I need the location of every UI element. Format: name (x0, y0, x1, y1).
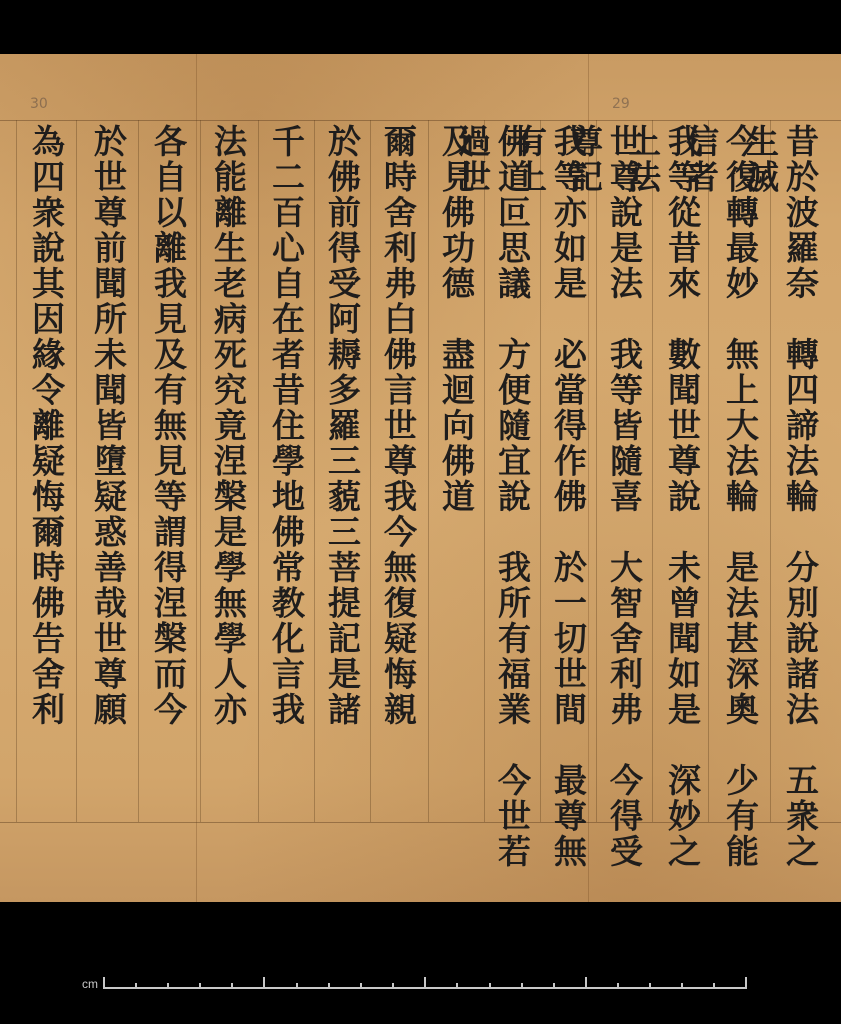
page-marker-left: 30 (30, 96, 48, 112)
text-column-11: 法能離生老病死究竟涅槃是學無學人亦 (208, 124, 248, 728)
text-column-6: 佛道叵思議 方便隨宜說 我所有福業 今世若過世 (492, 124, 532, 902)
scale-tick-major (745, 977, 747, 989)
column-rule (540, 120, 541, 822)
column-rule (258, 120, 259, 822)
scale-unit-label: cm (82, 977, 98, 991)
scale-bar (103, 977, 747, 989)
scale-tick (617, 983, 619, 989)
column-rule (708, 120, 709, 822)
column-rule (770, 120, 771, 822)
column-rule (16, 120, 17, 822)
scale-tick-major (585, 977, 587, 989)
column-rule (200, 120, 201, 822)
scale-tick (135, 983, 137, 989)
scale-tick (167, 983, 169, 989)
scale-tick (521, 983, 523, 989)
paper-seam (196, 54, 197, 902)
text-column-5: 我等亦如是 必當得作佛 於一切世間 最尊無有上 (548, 124, 588, 902)
scale-tick-major (424, 977, 426, 989)
text-column-3: 我等從昔來 數聞世尊說 未曾聞如是 深妙之上法 (662, 124, 702, 902)
scale-tick (296, 983, 298, 989)
column-rule (314, 120, 315, 822)
scale-tick (199, 983, 201, 989)
bottom-ruled-line (0, 822, 841, 823)
scale-tick (649, 983, 651, 989)
column-rule (428, 120, 429, 822)
text-column-2: 今復轉最妙 無上大法輪 是法甚深奧 少有能信者 (720, 124, 760, 902)
scale-tick (489, 983, 491, 989)
text-column-1: 昔於波羅奈 轉四諦法輪 分別說諸法 五衆之生滅 (780, 124, 820, 902)
scale-tick (392, 983, 394, 989)
text-column-8: 爾時舍利弗白佛言世尊我今無復疑悔親 (378, 124, 418, 728)
top-ruled-line (0, 120, 841, 121)
column-rule (484, 120, 485, 822)
text-column-7: 及見佛功德 盡迴向佛道 (436, 124, 476, 515)
scale-tick (681, 983, 683, 989)
column-rule (138, 120, 139, 822)
page-marker-right: 29 (612, 96, 630, 112)
column-rule (370, 120, 371, 822)
scale-tick (553, 983, 555, 989)
text-column-4: 世尊說是法 我等皆隨喜 大智舍利弗 今得受尊記 (604, 124, 644, 902)
text-column-10: 千二百心自在者昔住學地佛常教化言我 (266, 124, 306, 728)
text-column-13: 於世尊前聞所未聞皆墮疑惑善哉世尊願 (88, 124, 128, 728)
scale-tick-major (263, 977, 265, 989)
scale-tick (360, 983, 362, 989)
scale-tick (456, 983, 458, 989)
scale-tick-major (103, 977, 105, 989)
text-column-12: 各自以離我見及有無見等謂得涅槃而今 (148, 124, 188, 728)
column-rule (652, 120, 653, 822)
manuscript-paper: 30 29 昔於波羅奈 轉四諦法輪 分別說諸法 五衆之生滅 今復轉最妙 無上大法… (0, 54, 841, 902)
column-rule (596, 120, 597, 822)
scale-tick (231, 983, 233, 989)
scale-tick (328, 983, 330, 989)
scale-tick (713, 983, 715, 989)
text-column-9: 於佛前得受阿耨多羅三藐三菩提記是諸 (322, 124, 362, 728)
text-column-14: 為四衆說其因緣令離疑悔爾時佛告舍利 (26, 124, 66, 728)
column-rule (76, 120, 77, 822)
